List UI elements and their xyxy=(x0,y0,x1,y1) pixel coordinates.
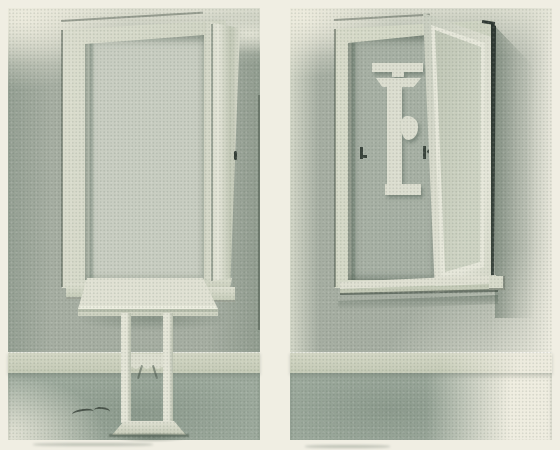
pedestal-post-right xyxy=(163,313,173,423)
drop-leaf-tabletop xyxy=(78,278,218,316)
frame-outline-left xyxy=(334,29,336,287)
stowed-table-top-edge xyxy=(385,184,421,195)
frame-latch-hook xyxy=(362,155,367,158)
photo-panel-table-stowed xyxy=(290,8,552,440)
frame-outline-left xyxy=(61,30,63,287)
sill-step xyxy=(489,276,505,290)
door-latch-knob xyxy=(234,151,237,160)
photo-panel-table-unfolded xyxy=(8,8,260,440)
crosspiece-scallops xyxy=(131,365,163,373)
door-cast-shadow xyxy=(495,26,535,318)
stowed-table-pedestal xyxy=(387,86,402,185)
cabinet-interior-empty xyxy=(85,35,204,280)
floor-smudge xyxy=(305,445,390,448)
stowed-table-base-nub xyxy=(392,71,404,77)
door-stile-line xyxy=(211,24,213,282)
door-latch xyxy=(423,146,426,159)
panel-divider-edge xyxy=(258,95,260,330)
cabinet-door-ajar xyxy=(423,13,494,294)
photo-page xyxy=(0,0,560,450)
floor xyxy=(290,373,552,440)
pedestal-post-left xyxy=(121,313,131,423)
pedestal-floor-shadow xyxy=(102,431,202,444)
baseboard xyxy=(290,352,552,373)
